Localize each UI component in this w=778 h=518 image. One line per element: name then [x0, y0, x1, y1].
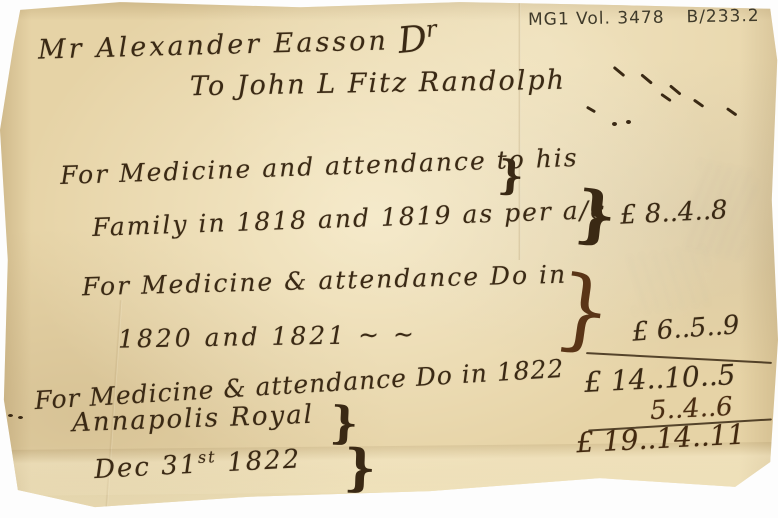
entry-1-line-2: Family in 1818 and 1819 as per a/c — [92, 195, 607, 242]
entry-2-line-2: 1820 and 1821 ~ ~ — [118, 319, 417, 353]
margin-ditto-marks — [8, 414, 13, 417]
archival-reference: MG1 Vol. 3478B/233.2 — [528, 6, 760, 30]
brace-glyph: } — [572, 176, 619, 253]
flourish-dashes — [660, 93, 672, 102]
ink-speck — [612, 122, 617, 126]
debit-abbreviation: Dr — [396, 16, 440, 62]
archival-item-number: B/233.2 — [686, 6, 759, 27]
flourish-dashes — [586, 106, 596, 114]
entry-2-amount: £ 6..5..9 — [631, 310, 740, 347]
ink-speck — [14, 16, 18, 20]
total-amount: £ 19..14..11 — [575, 418, 746, 460]
flourish-dashes — [613, 66, 626, 77]
archival-volume: MG1 Vol. 3478 — [528, 8, 665, 30]
payee-line: To John L Fitz Randolph — [190, 65, 566, 103]
paper-sheet: MG1 Vol. 3478B/233.2 Mr Alexander Easson… — [0, 0, 778, 518]
ink-bleedthrough-2 — [626, 245, 714, 316]
brace-glyph: } — [343, 437, 377, 497]
scanned-document: MG1 Vol. 3478B/233.2 Mr Alexander Easson… — [0, 0, 778, 518]
document-date: Dec 31st 1822 — [93, 443, 302, 485]
entry-1-amount: £ 8..4..8 — [619, 195, 728, 231]
brace-glyph: } — [496, 151, 525, 200]
debtor-name: Mr Alexander Easson — [38, 25, 390, 65]
entry-2-line-1: For Medicine & attendance Do in — [82, 260, 568, 302]
